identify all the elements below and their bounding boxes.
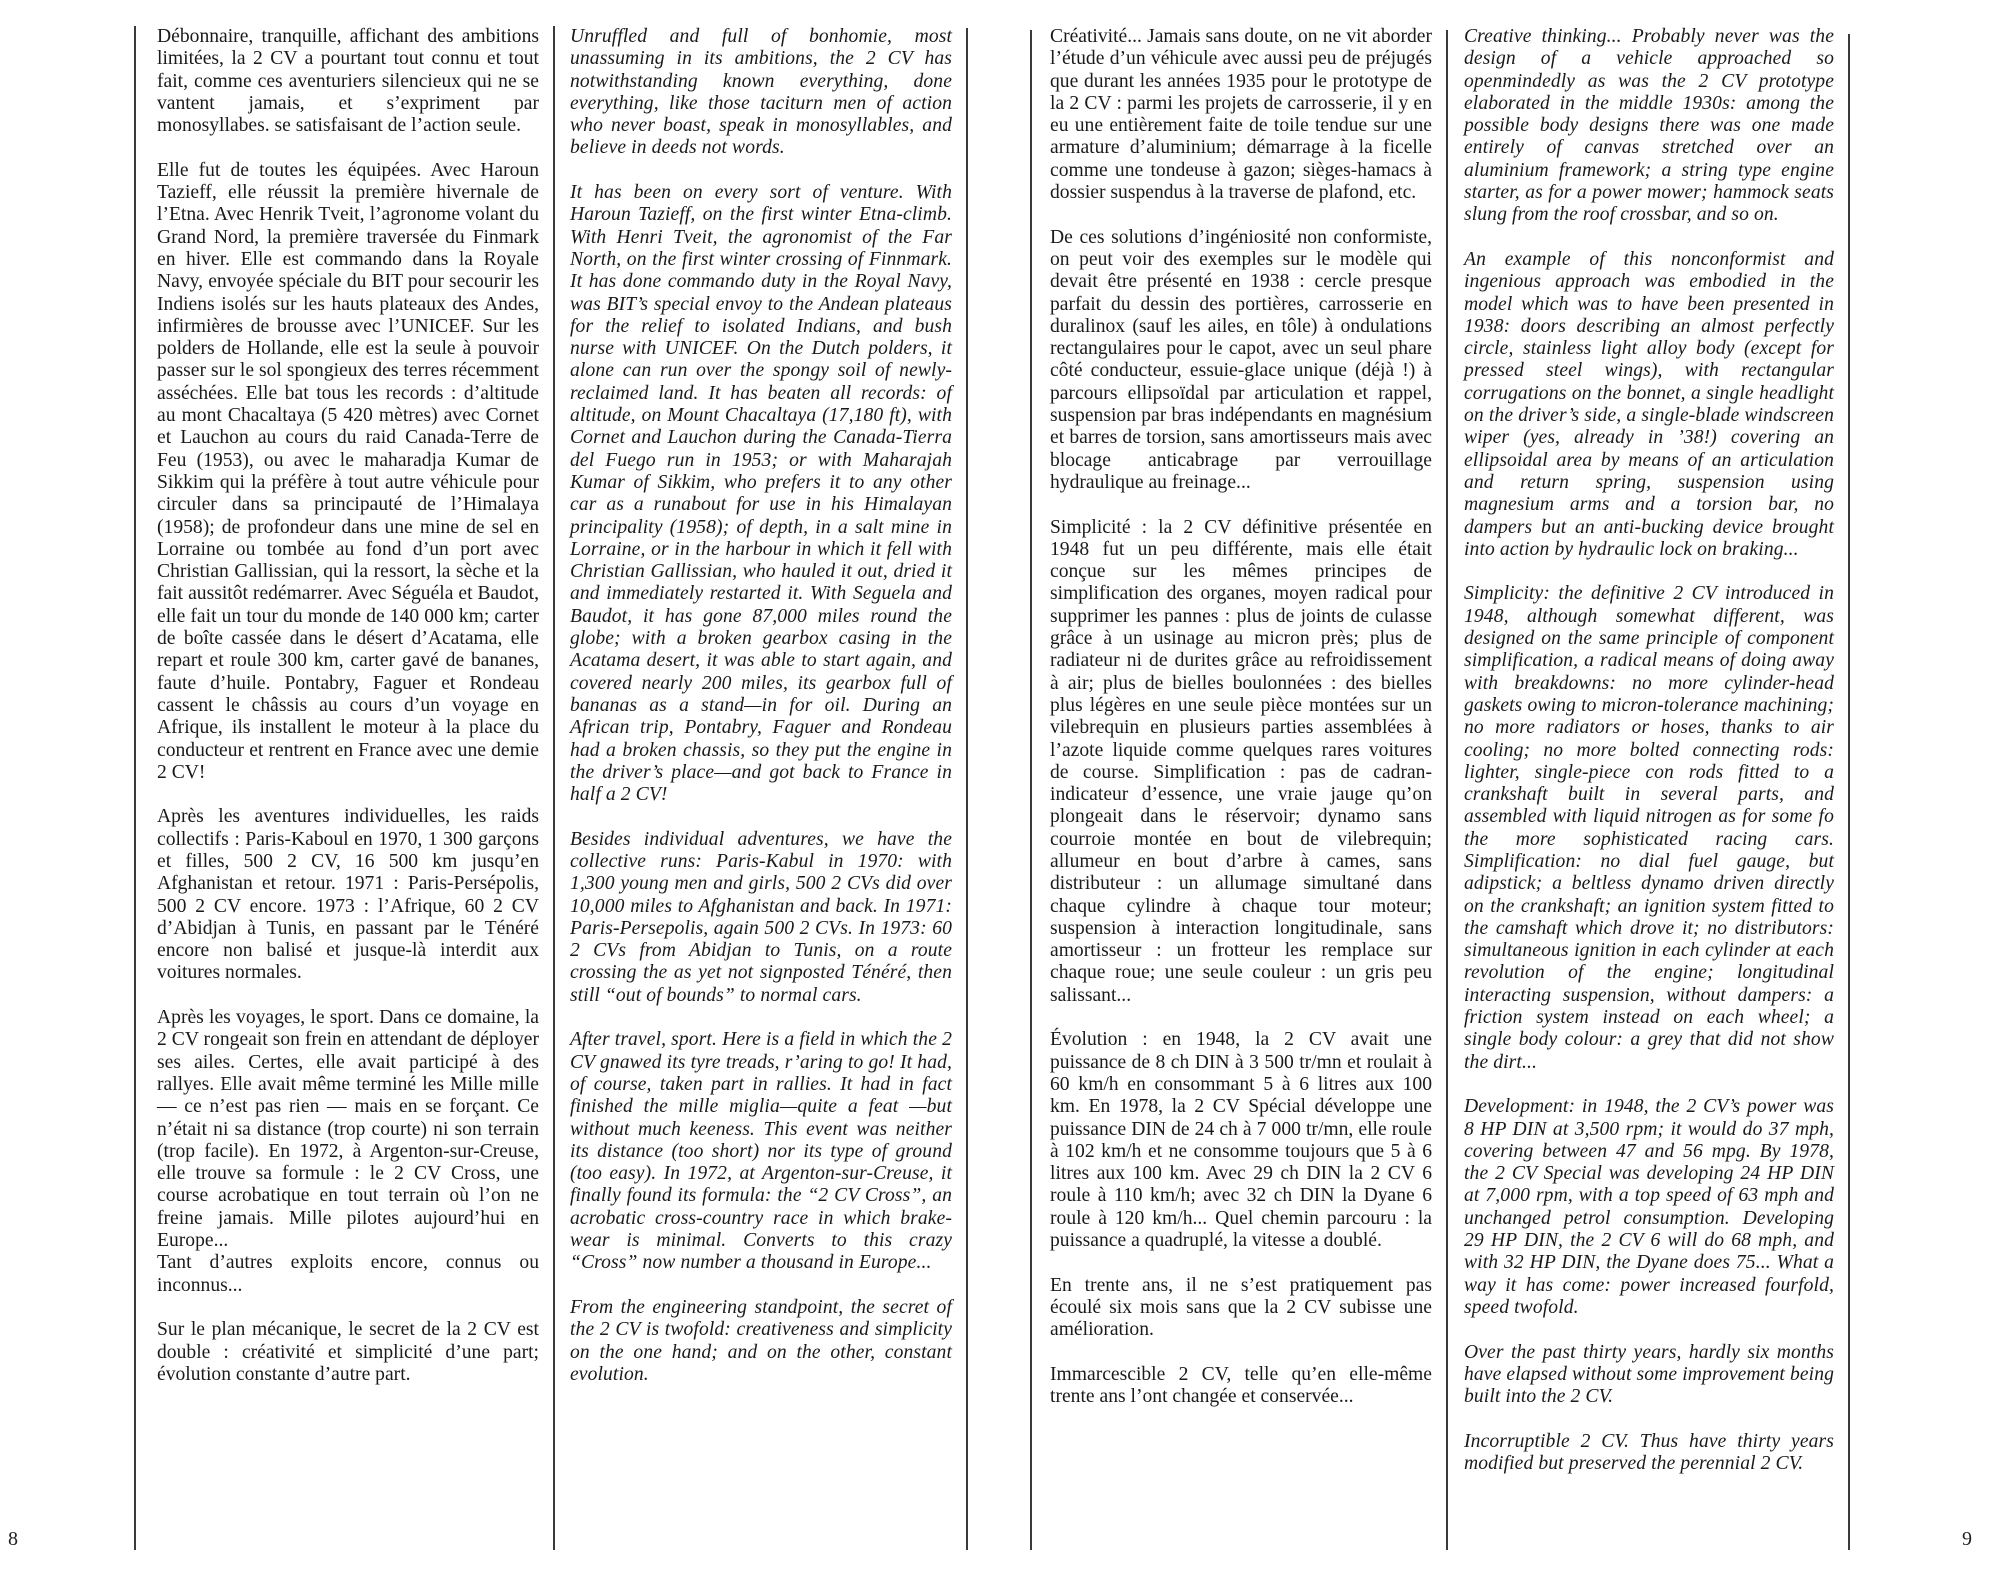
paragraph: Creative thinking... Probably never was … bbox=[1464, 26, 1834, 227]
column-rule-right-inner bbox=[1030, 30, 1032, 1550]
paragraph: Sur le plan mécanique, le secret de la 2… bbox=[157, 1319, 539, 1386]
column-french-right-page: Créativité... Jamais sans doute, on ne v… bbox=[1050, 26, 1432, 1431]
column-english-right-page: Creative thinking... Probably never was … bbox=[1464, 26, 1834, 1498]
column-rule-right-outer bbox=[1848, 34, 1850, 1550]
column-english-left-page: Unruffled and full of bonhomie, most una… bbox=[570, 26, 952, 1408]
column-rule-left-outer bbox=[134, 26, 136, 1550]
paragraph: Créativité... Jamais sans doute, on ne v… bbox=[1050, 26, 1432, 204]
page-number-right: 9 bbox=[1962, 1528, 1972, 1551]
paragraph: Évolution : en 1948, la 2 CV avait une p… bbox=[1050, 1029, 1432, 1252]
paragraph: It has been on every sort of venture. Wi… bbox=[570, 182, 952, 806]
paragraph: Simplicité : la 2 CV définitive présenté… bbox=[1050, 517, 1432, 1008]
paragraph: Après les aventures individuelles, les r… bbox=[157, 806, 539, 984]
paragraph: An example of this nonconformist and ing… bbox=[1464, 249, 1834, 561]
column-rule-left-inner bbox=[966, 28, 968, 1550]
paragraph: Incorruptible 2 CV. Thus have thirty yea… bbox=[1464, 1431, 1834, 1476]
paragraph: After travel, sport. Here is a field in … bbox=[570, 1029, 952, 1274]
paragraph: Tant d’autres exploits encore, connus ou… bbox=[157, 1252, 539, 1297]
paragraph: Besides individual adventures, we have t… bbox=[570, 829, 952, 1007]
paragraph: From the engineering standpoint, the sec… bbox=[570, 1297, 952, 1386]
column-rule-left-middle bbox=[553, 26, 555, 1550]
paragraph: Elle fut de toutes les équipées. Avec Ha… bbox=[157, 160, 539, 784]
paragraph: Immarcescible 2 CV, telle qu’en elle-mêm… bbox=[1050, 1364, 1432, 1409]
page-number-left: 8 bbox=[8, 1528, 18, 1551]
paragraph: En trente ans, il ne s’est pratiquement … bbox=[1050, 1275, 1432, 1342]
paragraph: Development: in 1948, the 2 CV’s power w… bbox=[1464, 1096, 1834, 1319]
paragraph: De ces solutions d’ingéniosité non confo… bbox=[1050, 227, 1432, 495]
column-rule-right-middle bbox=[1446, 30, 1448, 1550]
paragraph: Over the past thirty years, hardly six m… bbox=[1464, 1342, 1834, 1409]
paragraph: Unruffled and full of bonhomie, most una… bbox=[570, 26, 952, 160]
column-french-left-page: Débonnaire, tranquille, affichant des am… bbox=[157, 26, 539, 1408]
paragraph: Simplicity: the definitive 2 CV introduc… bbox=[1464, 583, 1834, 1074]
paragraph: Après les voyages, le sport. Dans ce dom… bbox=[157, 1007, 539, 1252]
paragraph: Débonnaire, tranquille, affichant des am… bbox=[157, 26, 539, 137]
